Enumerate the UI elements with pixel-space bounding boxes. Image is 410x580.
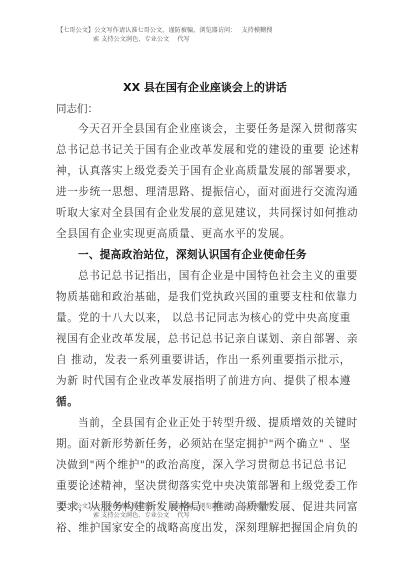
paragraph-line: 循。: [56, 392, 358, 413]
paragraph-line: 为新 时代国有企业改革发展指明了前进方向、提供了根本遵: [56, 371, 358, 392]
paragraph-line: 量。党的十八大以来， 以总书记同志为核心的党中央高度重: [56, 308, 358, 329]
paragraph-line: 今天召开全县国有企业座谈会，主要任务是深入贯彻落实: [56, 119, 358, 140]
paragraph-line: 全县国有企业实现更高质量、更高水平的发展。: [56, 224, 358, 245]
paragraph-line: 裕、维护国家安全的战略高度出发，深刻理解把握国企肩负的: [56, 518, 358, 539]
paragraph-line: 重要论述精神，坚决贯彻落实党中央决策部署和上级党委工作: [56, 476, 358, 497]
paragraph-line: 自 推动，发表一系列重要讲话，作出一系列重要指示批示，: [56, 350, 358, 371]
footer-banner: 【七哥公文】公文写作请认准七哥公文，谨防被骗，浏览器访问： 支持模糊搜 索 支持…: [57, 503, 357, 520]
footer-banner-line-1: 【七哥公文】公文写作请认准七哥公文，谨防被骗，浏览器访问： 支持模糊搜: [57, 503, 357, 512]
paragraph-line: 进一步统一思想、理清思路、提振信心，面对面进行交流沟通，: [56, 182, 358, 203]
salutation: 同志们：: [56, 101, 98, 116]
paragraph-line: 视国有企业改革发展，总书记总书记亲自谋划、亲自部署、亲: [56, 329, 358, 350]
paragraph-line: 听取大家对全县国有企业发展的意见建议，共同探讨如何推动: [56, 203, 358, 224]
paragraph-line: 总书记总书记指出，国有企业是中国特色社会主义的重要: [56, 266, 358, 287]
header-banner-line-1: 【七哥公文】公文写作请认准七哥公文，谨防被骗，浏览器访问： 支持模糊搜: [57, 27, 357, 36]
section-heading: 一、提高政治站位，深刻认识国有企业使命任务: [56, 245, 358, 266]
paragraph-line: 神，认真落实上级党委关于国有企业高质量发展的部署要求，: [56, 161, 358, 182]
document-body: 今天召开全县国有企业座谈会，主要任务是深入贯彻落实 总书记总书记关于国有企业改革…: [56, 119, 358, 539]
paragraph-line: 决做到"两个维护"的政治高度，深入学习贯彻总书记总书记: [56, 455, 358, 476]
footer-banner-line-2: 索 支持公文润色、专业公文 代写: [57, 512, 357, 521]
paragraph-line: 总书记总书记关于国有企业改革发展和党的建设的重要 论述精: [56, 140, 358, 161]
header-banner: 【七哥公文】公文写作请认准七哥公文，谨防被骗，浏览器访问： 支持模糊搜 索 支持…: [57, 27, 357, 44]
header-banner-line-2: 索 支持公文润色、专业公文 代写: [57, 36, 357, 45]
document-title: XX 县在国有企业座谈会上的讲话: [0, 79, 410, 95]
paragraph-line: 当前，全县国有企业正处于转型升级、提质增效的关键时: [56, 413, 358, 434]
paragraph-line: 物质基础和政治基础，是我们党执政兴国的重要支柱和依靠力: [56, 287, 358, 308]
paragraph-line: 期。面对新形势新任务，必须站在坚定拥护"两个确立" 、坚: [56, 434, 358, 455]
